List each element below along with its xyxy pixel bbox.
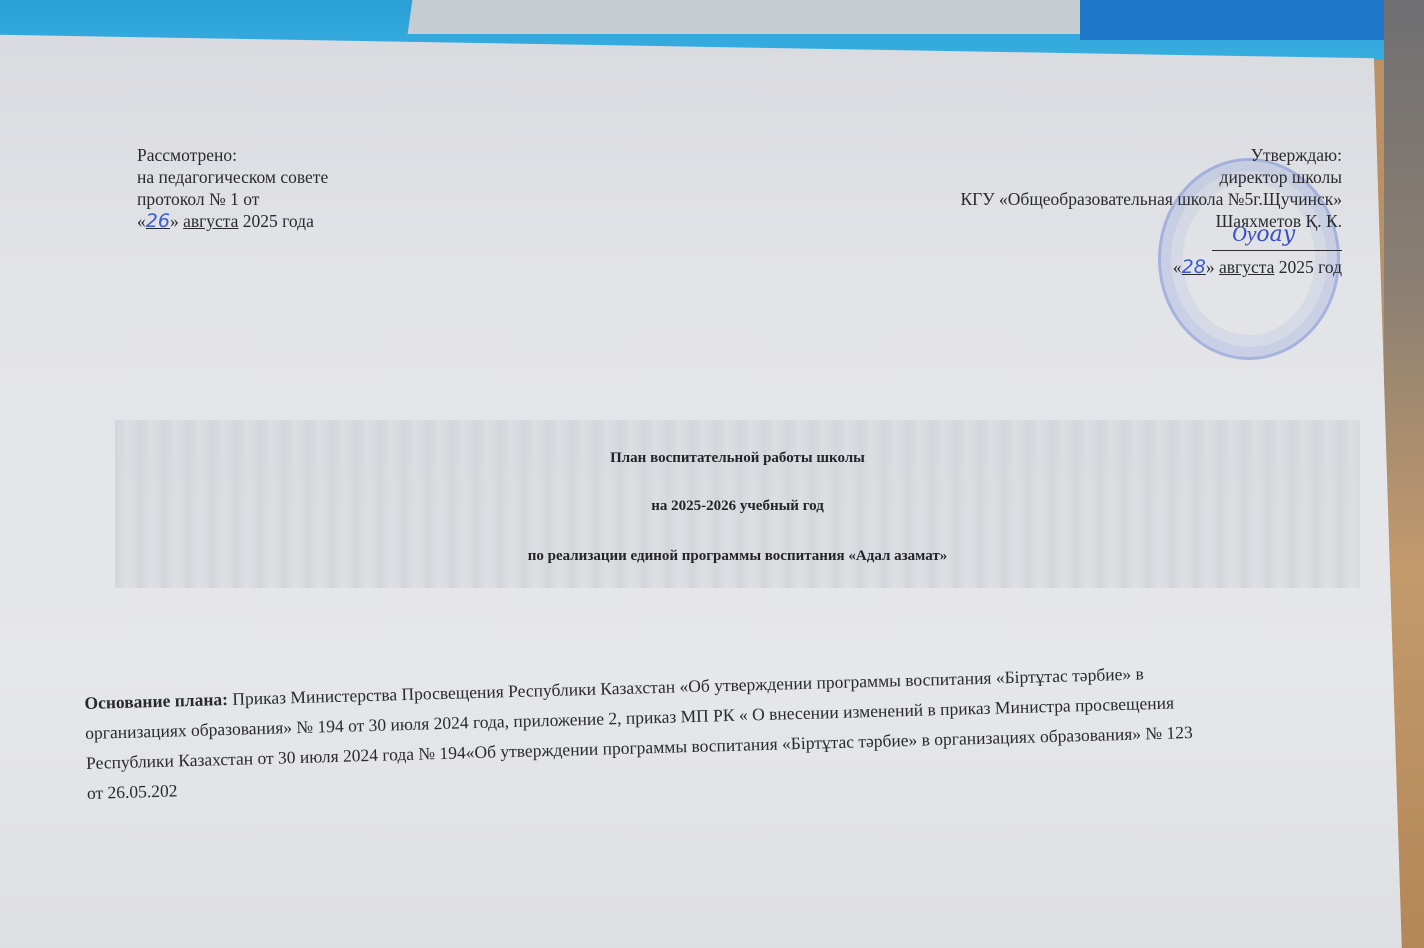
- approved-signature-line: Ѹоаy: [960, 232, 1342, 256]
- title-line-3: по реализации единой программы воспитани…: [115, 548, 1360, 565]
- approved-day-handwritten: 28: [1182, 256, 1206, 278]
- approved-date: «28» августа 2025 год: [960, 256, 1342, 278]
- reviewed-year: 2025 года: [243, 211, 314, 231]
- approved-position: директор школы: [960, 166, 1342, 188]
- plan-basis-label: Основание плана:: [84, 689, 228, 713]
- approved-heading: Утверждаю:: [960, 144, 1342, 166]
- approved-month: августа: [1219, 257, 1274, 277]
- document-page: Рассмотрено: на педагогическом совете пр…: [0, 16, 1402, 948]
- reviewed-month: августа: [183, 211, 238, 231]
- document-title-block: План воспитательной работы школы на 2025…: [115, 420, 1360, 588]
- reviewed-protocol: протокол № 1 от: [137, 188, 328, 210]
- approved-year: 2025 год: [1279, 257, 1342, 277]
- approved-organization: КГУ «Общеобразовательная школа №5г.Щучин…: [960, 188, 1342, 210]
- plan-basis-paragraph: Основание плана: Приказ Министерства Про…: [84, 653, 1357, 808]
- reviewed-day-handwritten: 26: [146, 210, 170, 232]
- reviewed-heading: Рассмотрено:: [137, 144, 328, 166]
- reviewed-block: Рассмотрено: на педагогическом совете пр…: [137, 144, 328, 232]
- approved-block: Утверждаю: директор школы КГУ «Общеобраз…: [960, 144, 1342, 278]
- signature-icon: Ѹоаy: [1232, 224, 1295, 246]
- background-folder-edge: [1080, 0, 1424, 40]
- reviewed-date: «26» августа 2025 года: [137, 210, 328, 232]
- title-line-1: План воспитательной работы школы: [115, 450, 1360, 467]
- background-folder-label: [408, 0, 1113, 34]
- reviewed-council: на педагогическом совете: [137, 166, 328, 188]
- title-line-2: на 2025-2026 учебный год: [115, 498, 1360, 515]
